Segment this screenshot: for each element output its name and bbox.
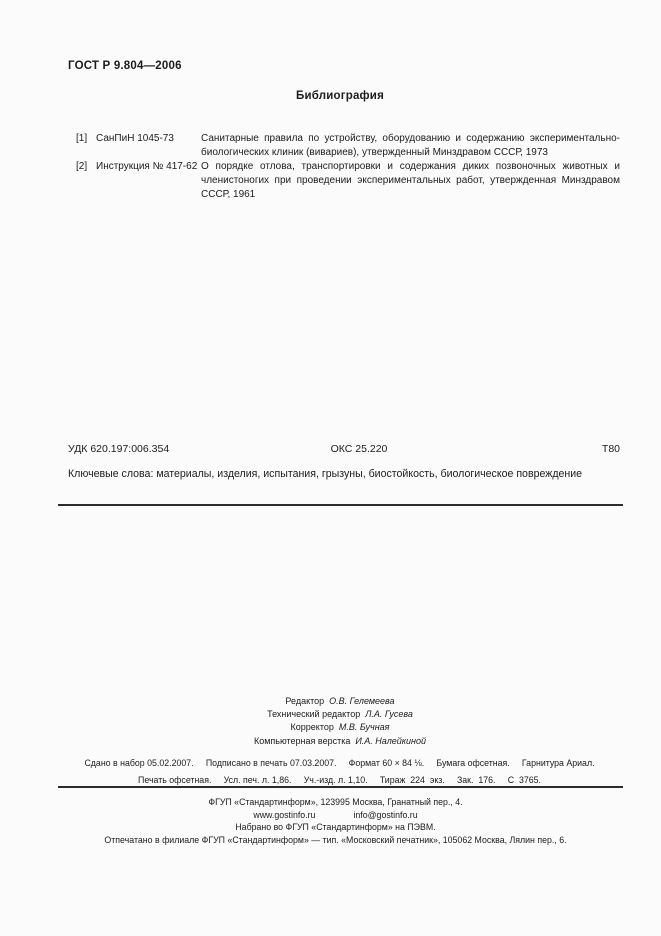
classification-row: УДК 620.197:006.354 ОКС 25.220 Т80	[68, 443, 620, 457]
credit-name: М.В. Бучная	[339, 722, 390, 732]
bibliography-entry-number: [2]	[76, 160, 96, 202]
credit-line-layout: Компьютерная версткаИ.А. Налейкиной	[60, 735, 620, 748]
bibliography-entry-text: О порядке отлова, транспортировки и соде…	[201, 160, 620, 202]
credits-block: РедакторО.В. Гелемеева Технический редак…	[60, 695, 620, 748]
document-page: ГОСТ Р 9.804—2006 Библиография [1] СанПи…	[0, 0, 661, 936]
publisher-block: ФГУП «Стандартинформ», 123995 Москва, Гр…	[20, 796, 651, 846]
publisher-website: www.gostinfo.ru	[253, 810, 315, 820]
publisher-typeset-line: Набрано во ФГУП «Стандартинформ» на ПЭВМ…	[20, 821, 651, 834]
bibliography-entry-label: Инструкция № 417-62	[96, 160, 201, 202]
bibliography-entry-text: Санитарные правила по устройству, оборуд…	[201, 132, 620, 160]
imprint-block: Сдано в набор 05.02.2007. Подписано в пе…	[38, 755, 641, 788]
publisher-contacts-line: www.gostinfo.ruinfo@gostinfo.ru	[20, 809, 651, 822]
section-title: Библиография	[60, 90, 620, 102]
credit-line-technical-editor: Технический редакторЛ.А. Гусева	[60, 708, 620, 721]
credit-role: Редактор	[285, 696, 324, 706]
bibliography-entry: [1] СанПиН 1045-73 Санитарные правила по…	[76, 132, 620, 160]
credit-role: Технический редактор	[267, 709, 360, 719]
bibliography-list: [1] СанПиН 1045-73 Санитарные правила по…	[76, 132, 620, 202]
horizontal-rule-top	[58, 504, 623, 506]
publisher-printed-line: Отпечатано в филиале ФГУП «Стандартинфор…	[20, 834, 651, 847]
bibliography-entry-label: СанПиН 1045-73	[96, 132, 201, 160]
credit-line-corrector: КорректорМ.В. Бучная	[60, 721, 620, 734]
credit-name: О.В. Гелемеева	[329, 696, 394, 706]
classification-index: Т80	[602, 443, 620, 455]
credit-line-editor: РедакторО.В. Гелемеева	[60, 695, 620, 708]
credit-role: Компьютерная верстка	[254, 736, 350, 746]
imprint-line-1: Сдано в набор 05.02.2007. Подписано в пе…	[38, 755, 641, 772]
oks-code: ОКС 25.220	[68, 443, 620, 455]
horizontal-rule-bottom	[58, 786, 623, 788]
publisher-address-line: ФГУП «Стандартинформ», 123995 Москва, Гр…	[20, 796, 651, 809]
credit-name: Л.А. Гусева	[365, 709, 413, 719]
credit-name: И.А. Налейкиной	[355, 736, 426, 746]
bibliography-entry-number: [1]	[76, 132, 96, 160]
credit-role: Корректор	[291, 722, 334, 732]
doc-code: ГОСТ Р 9.804—2006	[68, 60, 182, 72]
bibliography-entry: [2] Инструкция № 417-62 О порядке отлова…	[76, 160, 620, 202]
publisher-email: info@gostinfo.ru	[353, 810, 417, 820]
keywords-line: Ключевые слова: материалы, изделия, испы…	[68, 468, 620, 480]
